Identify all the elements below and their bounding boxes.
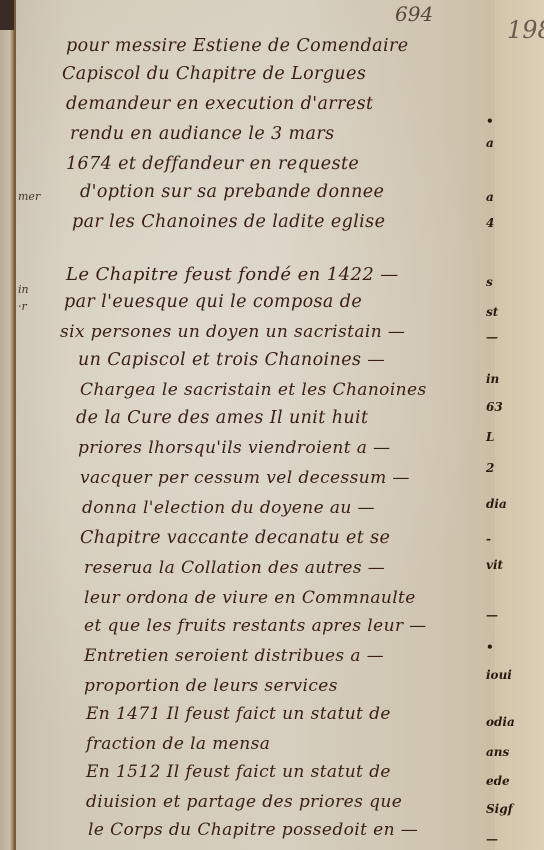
manuscript-line: priores lhorsqu'ils viendroient a —	[78, 438, 391, 458]
left-adjacent-page-edge	[0, 30, 14, 850]
manuscript-line: diuision et partage des priores que	[86, 792, 402, 812]
margin-note: a	[486, 190, 494, 204]
margin-note: ioui	[486, 668, 512, 682]
margin-note: ede	[486, 774, 510, 788]
manuscript-line: un Capiscol et trois Chanoines —	[78, 350, 385, 370]
margin-note: dia	[486, 497, 507, 511]
margin-note: 2	[486, 461, 494, 475]
manuscript-line: reserua la Collation des autres —	[84, 558, 385, 578]
folio-number-alt: 198	[507, 16, 544, 44]
manuscript-line: par l'euesque qui le composa de	[64, 292, 362, 312]
left-margin-note: ·r	[18, 300, 27, 313]
manuscript-line: proportion de leurs services	[84, 676, 338, 696]
margin-note: •	[486, 114, 494, 128]
margin-note: —	[486, 330, 498, 344]
manuscript-line: Le Chapitre feust fondé en 1422 —	[66, 264, 399, 285]
margin-note: 63	[486, 400, 503, 414]
manuscript-line: le Corps du Chapitre possedoit en —	[88, 820, 418, 840]
margin-note: a	[486, 136, 494, 150]
manuscript-line: demandeur en execution d'arrest	[66, 94, 373, 114]
manuscript-line: Entretien seroient distribues a —	[84, 646, 384, 666]
manuscript-line: six persones un doyen un sacristain —	[60, 322, 405, 342]
margin-note: s	[486, 275, 493, 289]
left-margin-note: mer	[18, 190, 40, 203]
margin-note: L	[486, 430, 494, 444]
manuscript-line: En 1512 Il feust faict un statut de	[86, 762, 391, 782]
margin-note: odia	[486, 715, 515, 729]
manuscript-line: et que les fruits restants apres leur —	[84, 616, 427, 636]
margin-note: st	[486, 305, 498, 319]
margin-note: —	[486, 832, 498, 846]
manuscript-line: leur ordona de viure en Commnaulte	[84, 588, 416, 608]
margin-note: -	[486, 532, 491, 546]
manuscript-line: de la Cure des ames Il unit huit	[76, 408, 368, 428]
manuscript-line: par les Chanoines de ladite eglise	[72, 212, 385, 232]
manuscript-line: donna l'election du doyene au —	[82, 498, 375, 518]
manuscript-line: En 1471 Il feust faict un statut de	[86, 704, 391, 724]
left-margin-note: in	[18, 283, 29, 296]
manuscript-line: Chargea le sacristain et les Chanoines	[80, 380, 427, 400]
manuscript-line: fraction de la mensa	[86, 734, 270, 754]
manuscript-line: Capiscol du Chapitre de Lorgues	[62, 64, 366, 84]
manuscript-line: rendu en audiance le 3 mars	[70, 124, 335, 144]
manuscript-line: d'option sur sa prebande donnee	[80, 182, 384, 202]
margin-note: Sigf	[486, 802, 513, 816]
margin-note: in	[486, 372, 499, 386]
manuscript-line: vacquer per cessum vel decessum —	[80, 468, 410, 488]
manuscript-line: Chapitre vaccante decanatu et se	[80, 528, 390, 548]
manuscript-line: 1674 et deffandeur en requeste	[66, 154, 359, 174]
margin-note: vit	[486, 558, 503, 572]
margin-note: ans	[486, 745, 509, 759]
margin-note: 4	[486, 216, 494, 230]
margin-note: —	[486, 608, 498, 622]
manuscript-line: pour messire Estiene de Comendaire	[66, 36, 409, 56]
folio-number: 694	[395, 2, 433, 26]
margin-note: •	[486, 640, 494, 654]
